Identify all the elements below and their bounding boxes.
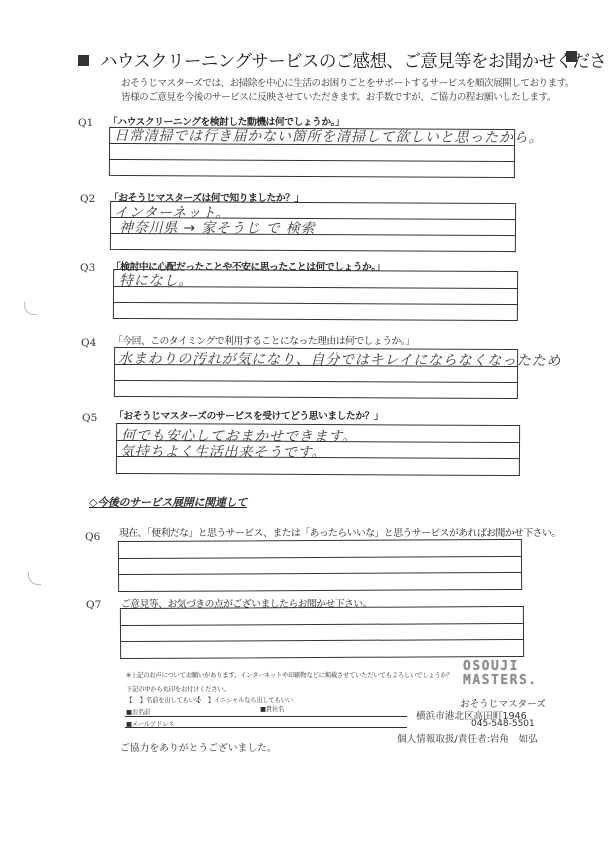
question-number: Q4: [81, 337, 96, 349]
answer-box[interactable]: 何でも安心しておまかせできます。 気持ちよく生活出来そうです。: [116, 423, 520, 476]
question-text: 「おそうじマスターズのサービスを受けてどう思いましたか？」: [114, 408, 383, 422]
name-field-label: ■お名前: [126, 707, 150, 716]
handwritten-answer: 水まわりの汚れが気になり、自分ではキレイにならなくなったため: [118, 348, 561, 370]
question-text: 「今回、このタイミングで利用することになった理由は何でしょうか。」: [113, 333, 415, 347]
question-number: Q7: [86, 599, 101, 611]
question-number: Q3: [80, 262, 95, 274]
handwritten-answer: 気持ちよく生活出来そうです。: [120, 441, 326, 462]
answer-box[interactable]: [118, 539, 522, 592]
thanks-message: ご協力をありがとうございました。: [120, 740, 277, 754]
answer-box[interactable]: インターネット。 神奈川県 → 家そうじ で 検索: [110, 201, 516, 252]
handwritten-answer: 日常清掃では行き届かない箇所を清掃して欲しいと思ったから。: [114, 125, 543, 147]
logo-text: MASTERS.: [463, 674, 553, 688]
form-title: ハウスクリーニングサービスのご感想、ご意見等をお聞かせください: [100, 48, 608, 73]
logo-text: OSOUJI: [463, 660, 553, 674]
section-heading: ◇今後のサービス展開に関連して: [89, 494, 247, 510]
question-number: Q2: [80, 193, 95, 205]
handwritten-answer: 特になし。: [119, 270, 193, 290]
privacy-officer: 個人情報取扱/責任者:岩角 如弘: [397, 731, 538, 745]
form-title-row: ハウスクリーニングサービスのご感想、ご意見等をお聞かせください: [72, 46, 602, 70]
company-logo: OSOUJI MASTERS.: [463, 660, 553, 688]
answer-box[interactable]: 日常清掃では行き届かない箇所を清掃して欲しいと思ったから。: [109, 127, 515, 178]
answer-box[interactable]: 水まわりの汚れが気になり、自分ではキレイにならなくなったため: [114, 347, 518, 399]
question-number: Q6: [85, 531, 100, 543]
option-initial-ok[interactable]: 【 】イニシャルなら出してもいい: [194, 695, 293, 704]
intro-text: おそうじマスターズでは、お掃除を中心に生活のお困りごとをサポートするサービスを順…: [121, 77, 574, 105]
handwritten-answer: 神奈川県 → 家そうじ で 検索: [119, 217, 315, 238]
intro-line: おそうじマスターズでは、お掃除を中心に生活のお困りごとをサポートするサービスを順…: [121, 77, 574, 91]
bullet-square-icon: [78, 55, 89, 66]
name-field-line[interactable]: [125, 716, 407, 717]
email-field-line[interactable]: [125, 727, 407, 728]
answer-box[interactable]: 特になし。: [113, 269, 518, 321]
consent-instruction: 下記の中から丸印をお付けください。: [126, 684, 230, 693]
punch-hole-mark: [24, 302, 37, 315]
answer-box[interactable]: [120, 606, 524, 659]
intro-line: 皆様のご意見を今後のサービスに反映させていただきます。お手数ですが、ご協力の程お…: [121, 91, 574, 105]
question-number: Q1: [78, 117, 93, 129]
question-text: 現在、「便利だな」と思うサービス、または「あったらいいな」と思うサービスがあれば…: [119, 525, 561, 539]
punch-hole-mark: [28, 572, 41, 585]
company-phone: 045-548-5501: [471, 719, 535, 729]
question-number: Q5: [82, 412, 97, 424]
option-name-ok[interactable]: 【 】名前を出してもいい: [126, 695, 201, 704]
consent-request: ※上記のお声についてお願いがあります。インターネットや印刷物などに掲載させていた…: [126, 670, 453, 679]
company-field-label: ■貴社名: [260, 704, 284, 713]
bullet-square-icon: [566, 51, 577, 62]
